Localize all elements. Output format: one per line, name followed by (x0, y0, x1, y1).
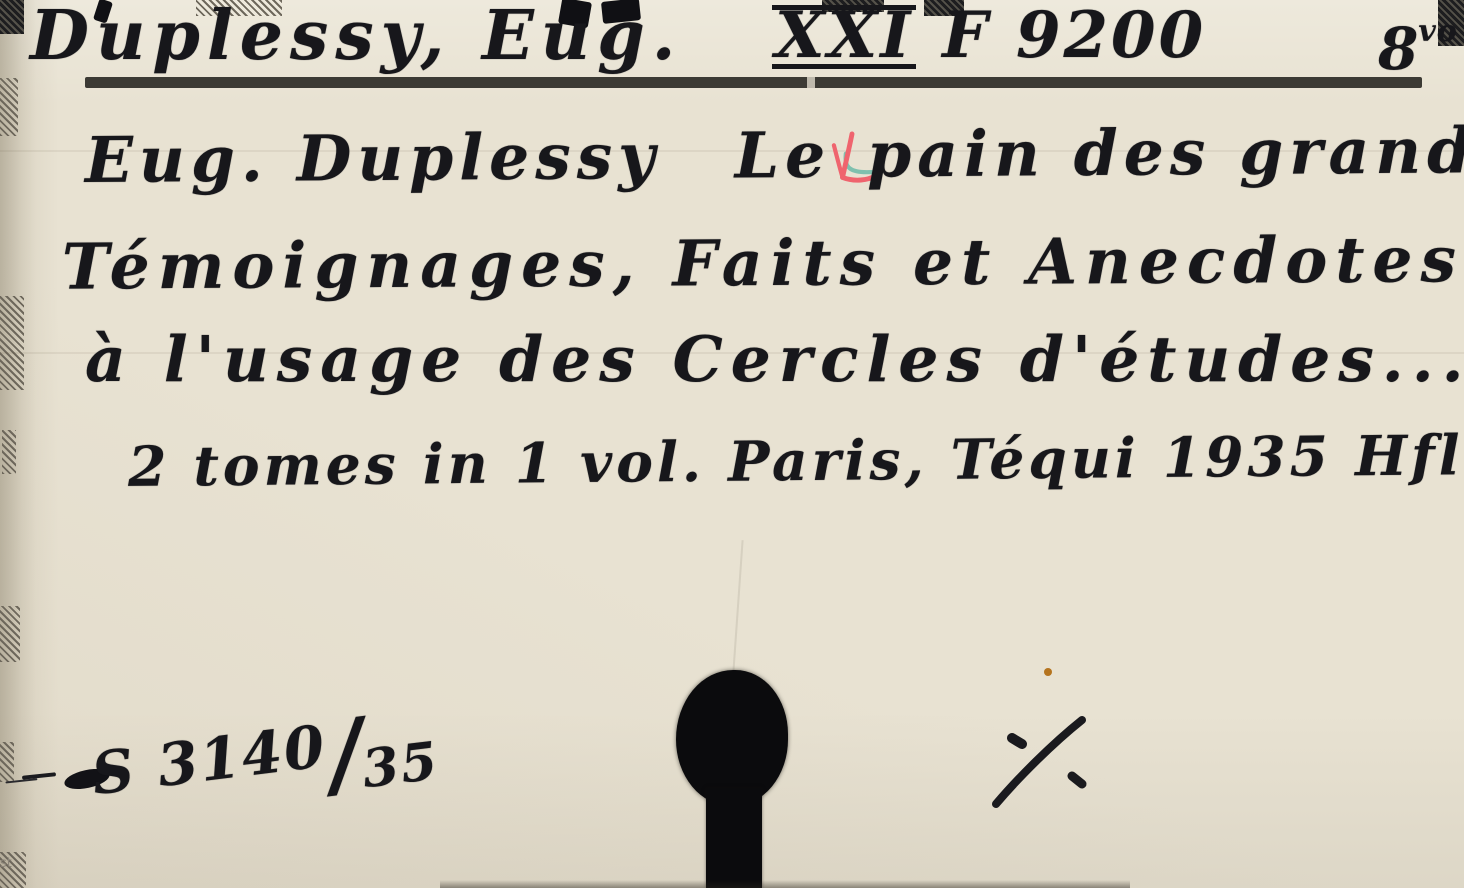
scan-artifact (0, 742, 14, 782)
scan-artifact (0, 606, 20, 662)
shelfmark-roman-numeral: XXI (772, 5, 916, 69)
ink-speck (1044, 668, 1052, 676)
entry-author: Eug. Duplessy (85, 119, 661, 197)
header-rule (85, 77, 1422, 88)
title-rest: pain des grands (867, 113, 1464, 192)
title-first-word: Le (735, 118, 832, 193)
punch-hole-oval (676, 670, 788, 806)
accession-text: S 3140/35 (87, 689, 443, 838)
paper-crease (732, 540, 743, 672)
format-superscript: vo (1418, 14, 1457, 49)
catalog-card: st Duplessy, Eug. XXIF 9200 8vo Eug. Dup… (0, 0, 1464, 888)
format-notation: 8vo (1378, 14, 1458, 83)
entry-line-2: Témoignages, Faits et Anecdotes (62, 222, 1464, 303)
spacer (661, 177, 735, 178)
edge-text-artifact: st (0, 856, 12, 871)
scan-artifact (0, 78, 18, 136)
format-number: 8 (1378, 15, 1418, 83)
shelfmark-number: F 9200 (942, 0, 1206, 73)
punch-hole-slot (706, 788, 762, 888)
entry-line-1: Eug. DuplessyLe pain des grands (85, 113, 1464, 208)
accession-number: S 3140/35 (36, 722, 356, 862)
shelfmark: XXIF 9200 (772, 0, 1206, 73)
punch-hole (676, 670, 796, 888)
scan-artifact (0, 296, 24, 390)
author-heading: Duplessy, Eug. (30, 0, 682, 76)
scan-artifact (0, 0, 24, 34)
completion-mark-icon (984, 712, 1096, 816)
bottom-edge-shadow (440, 880, 1130, 888)
scan-artifact (2, 430, 16, 474)
accession-year: 35 (359, 730, 442, 800)
accession-prefix-number: S 3140 (88, 712, 330, 808)
entry-line-3: à l'usage des Cercles d'études... (85, 322, 1464, 396)
entry-line-4: 2 tomes in 1 vol. Paris, Téqui 1935 Hfl. (128, 422, 1464, 499)
